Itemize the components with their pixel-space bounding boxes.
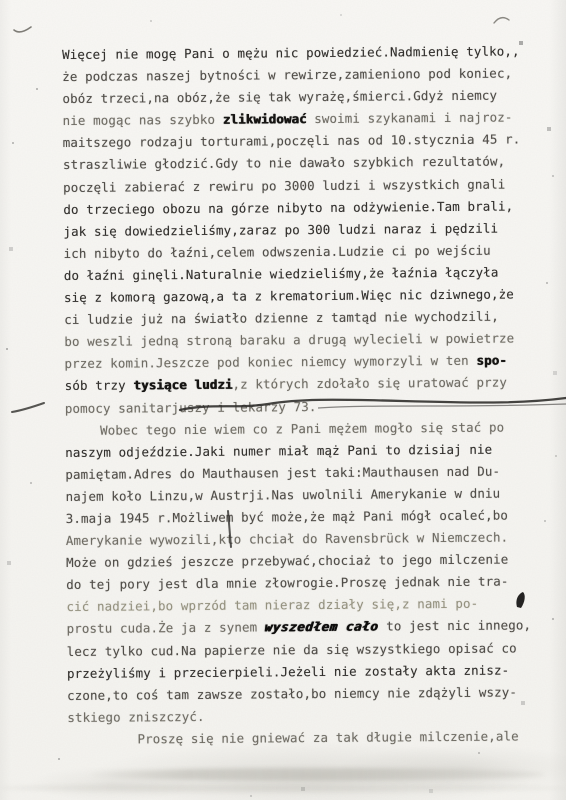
text-line: prostu cuda.Że ja z synem wyszedłem cało… — [67, 615, 537, 641]
top-left-pen-curl — [14, 27, 31, 32]
scanned-letter-page: Więcej nie mogę Pani o mężu nic powiedzi… — [0, 0, 566, 800]
typed-text: się z komorą gazową,a ta z krematorium.W… — [64, 286, 514, 305]
typed-text: Amerykanie wywozili,kto chciał do Ravens… — [66, 530, 508, 548]
typed-text: Więcej nie mogę Pani o mężu nic powiedzi… — [62, 43, 520, 62]
typed-text: przeżyliśmy i przecierpieli.Jeżeli nie z… — [67, 662, 509, 680]
text-line: sób trzy tysiące ludzi,z których zdołało… — [65, 372, 535, 398]
typed-text: do trzeciego obozu na górze nibyto na od… — [63, 198, 513, 217]
typed-text: maitszego rodzaju torturami,poczęli nas … — [63, 132, 521, 151]
text-line: czone,to coś tam zawsze zostało,bo niemc… — [67, 681, 537, 707]
text-line: Wobec tego nie wiem co z Pani mężem mogł… — [65, 416, 535, 442]
typed-text: ,z których zdołało się uratować przy — [232, 375, 507, 392]
typed-text: swoimi szykanami i najroz- — [307, 110, 513, 127]
typed-text: najem koło Linzu,w Austrji.Nas uwolnili … — [65, 485, 500, 503]
typed-text: że podczas naszej bytności w rewirze,zam… — [62, 66, 512, 85]
typed-text: do tej pory jest dla mnie złowrogie.Pros… — [66, 574, 508, 592]
overstruck-text: wyszedłem cało — [264, 616, 380, 639]
text-line: poczęli zabierać z rewiru po 3000 ludzi … — [63, 173, 533, 199]
typed-text: przez komin.Jeszcze pod koniec niemcy wy… — [64, 353, 476, 371]
margin-check-mark — [12, 403, 44, 412]
bottom-smudge — [84, 768, 544, 781]
typed-text: straszliwie głodzić.Gdy to nie dawało sz… — [63, 154, 505, 172]
text-line: Proszę się nie gniewać za tak długie mil… — [67, 725, 537, 751]
top-right-pen-curl — [494, 18, 509, 23]
typed-text: nie mogąc nas szybko — [63, 112, 223, 128]
typed-text: ich nibyto do łaźni,celem odwszenia.Ludz… — [64, 242, 491, 260]
typed-text: czone,to coś tam zawsze zostało,bo niemc… — [67, 684, 517, 703]
typed-text: cić nadziei,bo wprzód tam nieraz działy … — [66, 596, 478, 614]
overstruck-text: zlikwidować — [223, 111, 307, 127]
bottom-edge-smudge — [0, 784, 566, 792]
typed-text: Proszę się nie gniewać za tak długie mil… — [137, 728, 518, 746]
typed-text: naszym odjeździe.Jaki numer miał mąż Pan… — [65, 441, 492, 459]
typed-text: pamiętam.Adres do Mauthausen jest taki:M… — [65, 463, 500, 481]
typed-text: to jest nic innego, — [379, 618, 532, 634]
typed-text: Wobec tego nie wiem co z Pani mężem mogł… — [100, 419, 504, 437]
typed-text: bo weszli jedną stroną baraku a drugą wy… — [64, 331, 514, 350]
typewritten-text-block: Więcej nie mogę Pani o mężu nic powiedzi… — [62, 40, 538, 751]
typed-text: Może on gdzieś jeszcze przebywać,chociaż… — [66, 552, 508, 570]
typed-text: lecz tylko cud.Na papierze nie da się ws… — [67, 640, 517, 659]
typed-text: do łaźni ginęli.Naturalnie wiedzieliśmy,… — [64, 265, 499, 283]
text-line: lecz tylko cud.Na papierze nie da się ws… — [67, 637, 537, 663]
typed-text: prostu cuda.Że ja z synem — [67, 620, 265, 637]
paper-noise-specks — [0, 0, 2, 2]
typed-text: ci ludzie już na światło dzienne z tamtą… — [64, 309, 499, 327]
typed-text: pomocy sanitarjuszy i lekarzy 73. — [65, 399, 317, 416]
typed-text: poczęli zabierać z rewiru po 3000 ludzi … — [63, 176, 505, 194]
overstruck-text: tysiące ludzi — [133, 377, 232, 393]
overstruck-text: spo- — [476, 353, 507, 368]
text-line: straszliwie głodzić.Gdy to nie dawało sz… — [63, 151, 533, 177]
typed-text: jak się dowiedzieliśmy,zaraz po 300 ludz… — [63, 220, 498, 238]
typed-text: 3.maja 1945 r.Możliwem być może,że mąż P… — [66, 507, 508, 525]
typed-text: obóz trzeci,na obóz,że się tak wyrażę,śm… — [62, 88, 497, 106]
typed-text: sób trzy — [65, 378, 134, 394]
typed-text: stkiego zniszczyć. — [67, 709, 204, 725]
